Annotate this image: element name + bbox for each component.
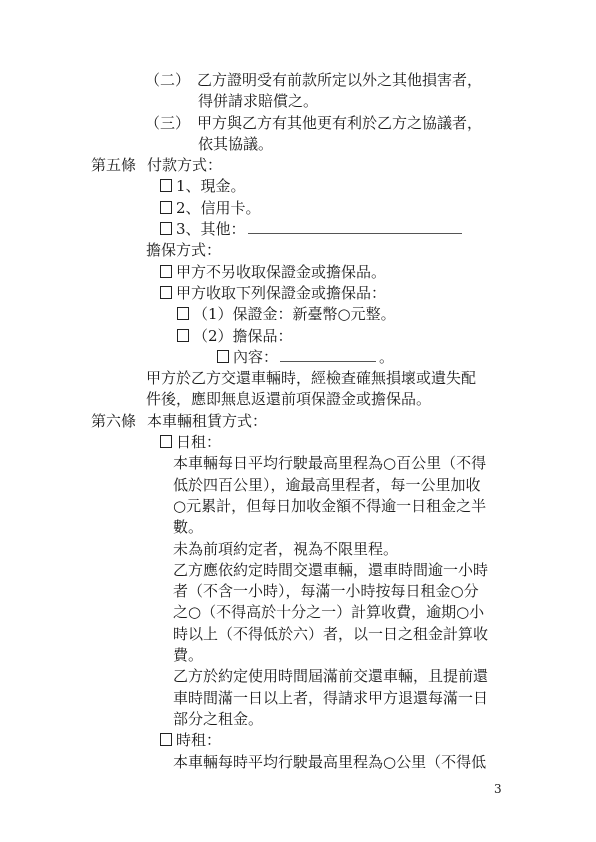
- damage-claim-item-2-cont: 得併請求賠償之。: [0, 91, 596, 112]
- late-return-para-line1: 乙方應依約定時間交還車輛，還車時間逾一小時: [0, 560, 596, 581]
- blank-underline[interactable]: [280, 347, 376, 362]
- document-page: （二）乙方證明受有前款所定以外之其他損害者， 得併請求賠償之。 （三）甲方與乙方…: [0, 0, 596, 842]
- clause-title: 本車輛租賃方式：: [147, 412, 267, 430]
- clause-number: 第六條: [91, 411, 147, 432]
- hourly-mileage-para-line1: 本車輛每時平均行駛最高里程為○公里（不得低: [0, 752, 596, 773]
- checkbox-icon[interactable]: [177, 329, 189, 342]
- unlimited-mileage-para: 未為前項約定者，視為不限里程。: [0, 539, 596, 560]
- line-text: 費。: [173, 646, 203, 664]
- clause-number: 第五條: [91, 155, 147, 176]
- late-return-para-line5: 費。: [0, 645, 596, 666]
- early-return-para-line1: 乙方於約定使用時間屆滿前交還車輛，且提前還: [0, 666, 596, 687]
- deposit-return-para-line1: 甲方於乙方交還車輛時，經檢查確無損壞或遺失配: [0, 368, 596, 389]
- line-text: 時以上（不得低於六）者，以一日之租金計算收: [173, 625, 488, 643]
- guarantee-method-heading: 擔保方式：: [0, 240, 596, 261]
- line-text: 本車輛每時平均行駛最高里程為○公里（不得低: [173, 753, 486, 771]
- line-text: ○元累計，但每日加收金額不得逾一日租金之半: [173, 497, 486, 515]
- option-label: 2、信用卡。: [176, 199, 261, 217]
- late-return-para-line3: 之○（不得高於十分之一）計算收費，逾期○小: [0, 602, 596, 623]
- daily-mileage-para-line2: 低於四百公里），逾最高里程者，每一公里加收: [0, 475, 596, 496]
- checkbox-icon[interactable]: [160, 201, 172, 214]
- line-text: 數。: [173, 518, 203, 536]
- checkbox-icon[interactable]: [160, 286, 172, 299]
- late-return-para-line4: 時以上（不得低於六）者，以一日之租金計算收: [0, 624, 596, 645]
- daily-mileage-para-line1: 本車輛每日平均行駛最高里程為○百公里（不得: [0, 453, 596, 474]
- line-text: 部分之租金。: [173, 710, 263, 728]
- daily-mileage-para-line4: 數。: [0, 517, 596, 538]
- option-label: 甲方收取下列保證金或擔保品：: [176, 284, 386, 302]
- option-label: （1）保證金：新臺幣○元整。: [193, 305, 396, 323]
- early-return-para-line2: 車時間滿一日以上者，得請求甲方退還每滿一日: [0, 688, 596, 709]
- damage-claim-item-2: （二）乙方證明受有前款所定以外之其他損害者，: [0, 70, 596, 91]
- late-return-para-line2: 者（不含一小時），每滿一小時按每日租金○分: [0, 581, 596, 602]
- line-text: 乙方應依約定時間交還車輛，還車時間逾一小時: [173, 561, 488, 579]
- payment-option-cash: 1、現金。: [0, 176, 596, 197]
- line-text: 件後，應即無息返還前項保證金或擔保品。: [146, 390, 431, 408]
- option-label: 時租：: [176, 731, 221, 749]
- contract-text: （二）乙方證明受有前款所定以外之其他損害者， 得併請求賠償之。 （三）甲方與乙方…: [0, 0, 596, 773]
- line-text: 者（不含一小時），每滿一小時按每日租金○分: [173, 582, 479, 600]
- rental-option-hourly: 時租：: [0, 730, 596, 751]
- option-label: 1、現金。: [176, 177, 246, 195]
- option-label: 內容：: [233, 348, 278, 366]
- checkbox-icon[interactable]: [160, 222, 172, 235]
- guarantee-suboption-collateral: （2）擔保品：: [0, 326, 596, 347]
- line-text: 得併請求賠償之。: [198, 92, 318, 110]
- option-label: 甲方不另收取保證金或擔保品。: [176, 263, 386, 281]
- early-return-para-line3: 部分之租金。: [0, 709, 596, 730]
- item-number: （三）: [145, 113, 197, 134]
- line-text: 依其協議。: [198, 135, 273, 153]
- line-text: 車時間滿一日以上者，得請求甲方退還每滿一日: [173, 689, 488, 707]
- payment-option-credit-card: 2、信用卡。: [0, 198, 596, 219]
- deposit-return-para-line2: 件後，應即無息返還前項保證金或擔保品。: [0, 389, 596, 410]
- option-label: 日租：: [176, 433, 221, 451]
- guarantee-option-no-deposit: 甲方不另收取保證金或擔保品。: [0, 262, 596, 283]
- checkbox-icon[interactable]: [160, 435, 172, 448]
- checkbox-icon[interactable]: [160, 265, 172, 278]
- line-suffix: 。: [379, 348, 394, 366]
- line-text: 乙方證明受有前款所定以外之其他損害者，: [197, 71, 482, 89]
- clause-title: 付款方式：: [147, 156, 222, 174]
- clause-5-payment-heading: 第五條付款方式：: [0, 155, 596, 176]
- guarantee-option-deposit-list: 甲方收取下列保證金或擔保品：: [0, 283, 596, 304]
- checkbox-icon[interactable]: [160, 733, 172, 746]
- line-text: 乙方於約定使用時間屆滿前交還車輛，且提前還: [173, 667, 488, 685]
- option-label: 3、其他：: [176, 220, 246, 238]
- rental-option-daily: 日租：: [0, 432, 596, 453]
- blank-underline[interactable]: [248, 219, 462, 234]
- daily-mileage-para-line3: ○元累計，但每日加收金額不得逾一日租金之半: [0, 496, 596, 517]
- guarantee-suboption-deposit: （1）保證金：新臺幣○元整。: [0, 304, 596, 325]
- payment-option-other: 3、其他：: [0, 219, 596, 240]
- checkbox-icon[interactable]: [217, 350, 229, 363]
- line-text: 之○（不得高於十分之一）計算收費，逾期○小: [173, 603, 484, 621]
- line-text: 甲方與乙方有其他更有利於乙方之協議者，: [197, 114, 482, 132]
- option-label: （2）擔保品：: [193, 327, 293, 345]
- line-text: 擔保方式：: [146, 241, 221, 259]
- line-text: 未為前項約定者，視為不限里程。: [173, 540, 398, 558]
- line-text: 本車輛每日平均行駛最高里程為○百公里（不得: [173, 454, 486, 472]
- agreement-item-3-cont: 依其協議。: [0, 134, 596, 155]
- collateral-content-option: 內容：。: [0, 347, 596, 368]
- checkbox-icon[interactable]: [177, 307, 189, 320]
- clause-6-rental-type-heading: 第六條本車輛租賃方式：: [0, 411, 596, 432]
- line-text: 低於四百公里），逾最高里程者，每一公里加收: [173, 476, 481, 494]
- page-number: 3: [494, 779, 502, 800]
- agreement-item-3: （三）甲方與乙方有其他更有利於乙方之協議者，: [0, 113, 596, 134]
- item-number: （二）: [145, 70, 197, 91]
- line-text: 甲方於乙方交還車輛時，經檢查確無損壞或遺失配: [146, 369, 476, 387]
- checkbox-icon[interactable]: [160, 179, 172, 192]
